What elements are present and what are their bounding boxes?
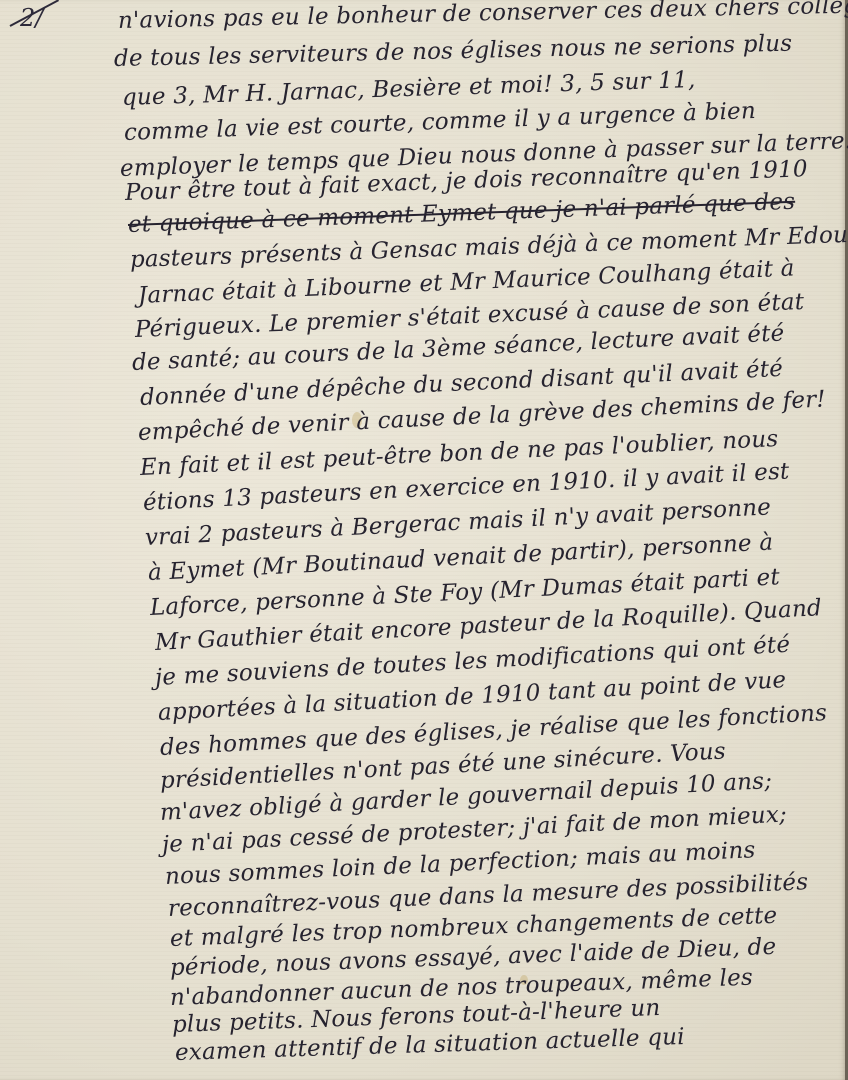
- letter-page: 2/ n'avions pas eu le bonheur de conserv…: [0, 0, 848, 1080]
- letter-line-2: de tous les serviteurs de nos églises no…: [114, 31, 793, 72]
- letter-line-1: n'avions pas eu le bonheur de conserver …: [118, 0, 848, 34]
